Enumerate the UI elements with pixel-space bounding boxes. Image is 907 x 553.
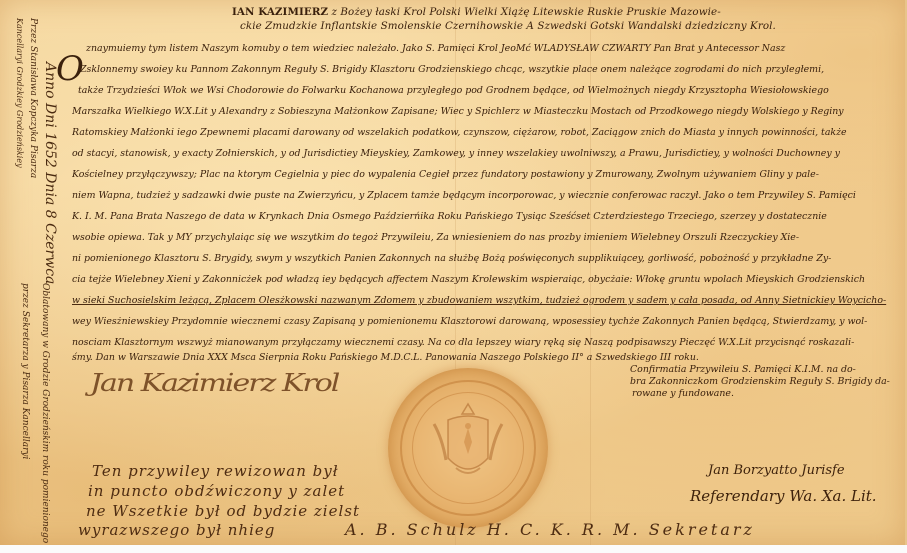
handwritten-note-line: in puncto obdźwiczony y zalet <box>88 482 345 500</box>
title-line-1: IAN KAZIMIERZ z Bożey łaski Krol Polski … <box>232 6 721 18</box>
confirmation-note: Confirmatia Przywileiu S. Pamięci K.I.M.… <box>630 364 900 400</box>
king-name: IAN KAZIMIERZ <box>232 6 328 18</box>
wax-seal <box>388 368 548 528</box>
royal-signature: Jan Kazimierz Krol <box>90 370 338 398</box>
title-line-2: ckie Zmudzkie Inflantskie Smolenskie Cze… <box>240 20 776 32</box>
body-line-underlined: w sieki Suchosielskim leżącą, Zplacem Ol… <box>72 295 897 307</box>
body-line: wsobie opiewa. Tak y MY przychylaiąc się… <box>72 232 897 244</box>
body-line: także Trzydzieści Włok we Wsi Chodorowie… <box>78 85 903 97</box>
margin-note: Przez Stanisława Kopczyka Pisarza <box>28 18 38 178</box>
body-line: Kościelney przyłączywszy; Plac na ktorym… <box>72 169 897 181</box>
body-line-date: śmy. Dan w Warszawie Dnia XXX Msca Sierp… <box>72 352 897 364</box>
body-line: Zsklonnemy swoiey ku Pannom Zakonnym Reg… <box>80 64 905 76</box>
margin-note: przez Sekretarza y Pisarza Kancellaryi <box>20 283 30 459</box>
body-line: od stacyi, stanowisk, y exacty Zołniersk… <box>72 148 897 160</box>
body-line: znaymuiemy tym listem Naszym komuby o te… <box>86 43 907 55</box>
body-line: Marszałka Wielkiego W.X.Lit y Alexandry … <box>72 106 897 118</box>
referendary-signature-line-1: Jan Borzyatto Jurisfe <box>708 463 845 478</box>
eagle-coat-of-arms-icon <box>428 398 508 498</box>
body-line: niem Wapna, tudzież y sadzawki dwie pust… <box>72 190 897 202</box>
page-bottom-edge <box>0 545 907 553</box>
fold-line <box>590 0 591 545</box>
body-line: wey Wiesżniewskiey Przydomnie wiecznemi … <box>72 316 897 328</box>
body-line: cia tejże Wielebney Xieni y Zakonnicżek … <box>72 274 897 286</box>
parchment-document: IAN KAZIMIERZ z Bożey łaski Krol Polski … <box>0 0 907 545</box>
confirmation-line: Confirmatia Przywileiu S. Pamięci K.I.M.… <box>630 364 900 376</box>
title-text: z Bożey łaski Krol Polski Wielki Xiążę L… <box>331 6 720 18</box>
body-line: nosciam Klasztornym wszwyż mianowanym pr… <box>72 337 897 349</box>
registration-signature: A. B. Schulz H. C. K. R. M. Sekretarz <box>345 520 755 539</box>
handwritten-note-line: Ten przywiley rewizowan był <box>92 462 339 480</box>
body-line: K. I. M. Pana Brata Naszego de data w Kr… <box>72 211 897 223</box>
handwritten-note-line: wyrazwszego był nhieg <box>78 521 275 539</box>
referendary-signature-line-2: Referendary Wa. Xa. Lit. <box>690 487 877 505</box>
margin-note-date: Anno Dni 1652 Dnia 8 Czerwca <box>42 62 58 284</box>
confirmation-line: bra Zakonniczkom Grodzienskim Reguły S. … <box>630 376 900 388</box>
margin-note: Kancellaryi Grodzkiey Grodzieńskiey <box>15 18 24 168</box>
handwritten-note-line: ne Wszetkie był od bydzie zielst <box>86 502 360 520</box>
body-line: ni pomienionego Klasztoru S. Brygidy, sw… <box>72 253 897 265</box>
margin-note: Oblatowany w Grodzie Grodzieńskim roku p… <box>40 283 50 543</box>
confirmation-line: rowane y fundowane. <box>630 388 900 400</box>
body-line: Ratomskiey Małżonki iego Zpewnemi placam… <box>72 127 897 139</box>
